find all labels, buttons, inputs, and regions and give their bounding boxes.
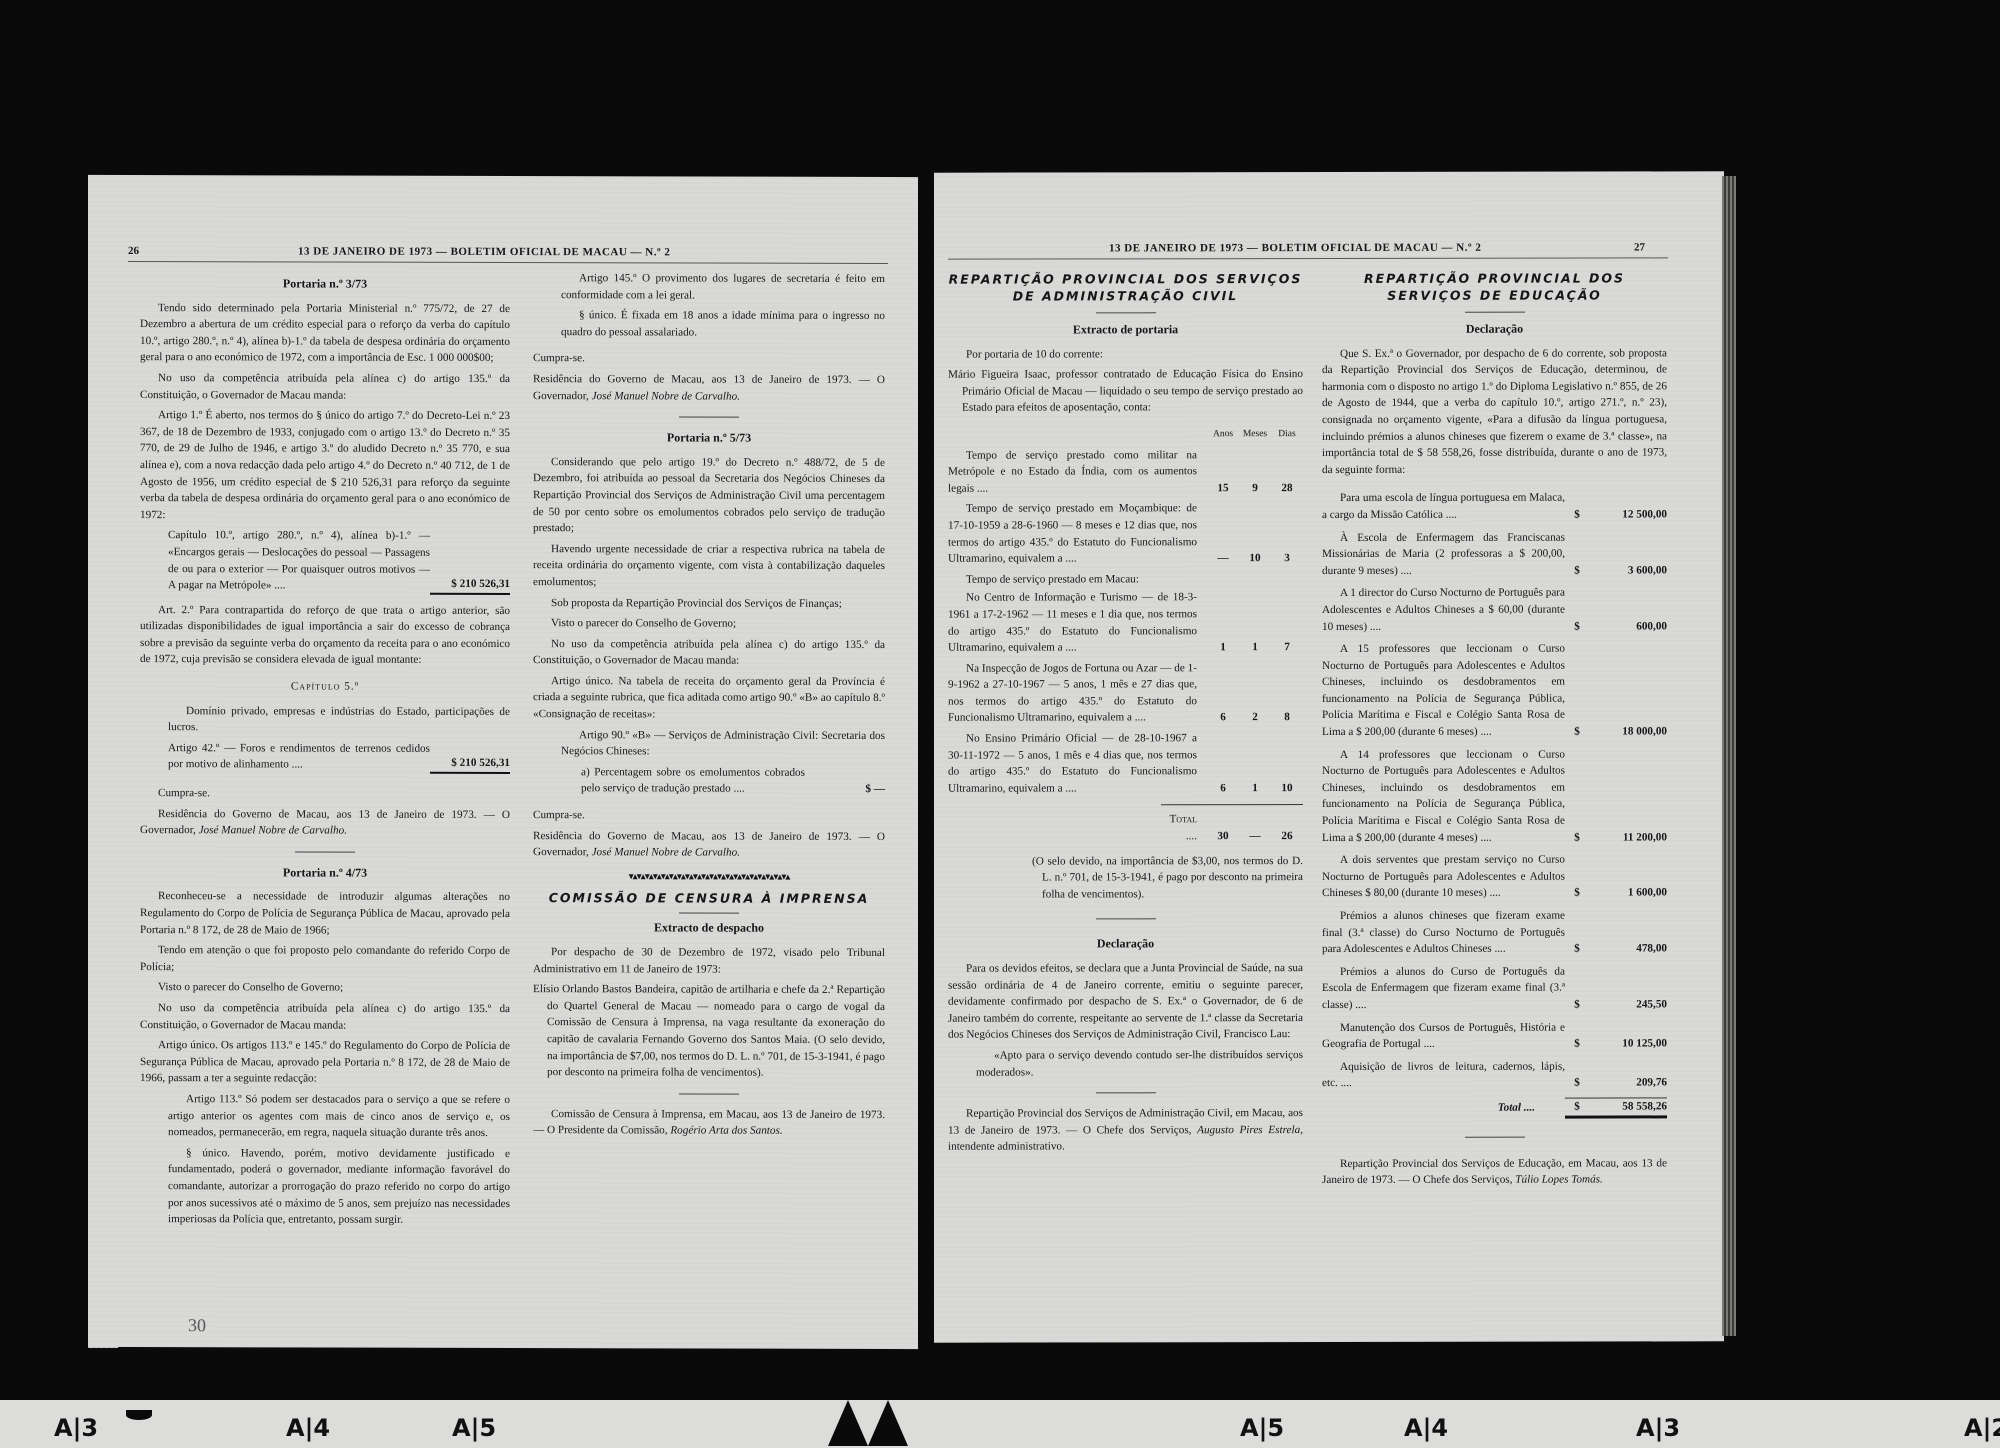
paragraph: Considerando que pelo artigo 19.º do Dec…: [533, 454, 885, 538]
frame-marker: A|3: [1636, 1414, 1680, 1442]
frame-marker: A|2: [1964, 1414, 2000, 1442]
paragraph: Artigo único. Os artigos 113.º e 145.º d…: [140, 1037, 510, 1088]
frame-marker: A|5: [452, 1414, 496, 1442]
residencia-line: Residência do Governo de Macau, aos 13 d…: [140, 806, 510, 840]
frame-marker: A|4: [286, 1414, 330, 1442]
signature: José Manuel Nobre de Carvalho.: [592, 846, 740, 858]
paragraph: Tendo em atenção o que foi proposto pelo…: [140, 942, 510, 976]
portaria-4-title: Portaria n.º 4/73: [140, 864, 510, 882]
allocation-row: Para uma escola de língua portuguesa em …: [1322, 490, 1667, 524]
declaration-title: Declaração: [1322, 320, 1667, 337]
section-divider: [1096, 919, 1156, 920]
film-registration-triangle: [868, 1400, 908, 1446]
service-total-row: Total .... 30 — 26: [1161, 804, 1303, 844]
cumpra-se: Cumpra-se.: [140, 785, 510, 803]
section-divider: [679, 1093, 739, 1094]
left-column-2: Artigo 145.º O provimento dos lugares de…: [533, 270, 885, 1144]
paragraph: No uso da competência atribuída pela alí…: [140, 370, 510, 404]
quoted-article: Artigo 90.º «B» — Serviços de Administra…: [561, 727, 885, 761]
department-heading: Repartição Provincial dos Serviços de Ad…: [948, 270, 1303, 305]
service-row: Na Inspecção de Jogos de Fortuna ou Azar…: [948, 660, 1303, 727]
portaria-5-title: Portaria n.º 5/73: [533, 429, 885, 447]
paragraph: Sob proposta da Repartição Provincial do…: [533, 595, 885, 613]
page-number: 27: [1634, 241, 1645, 253]
budget-line: a) Percentagem sobre os emolumentos cobr…: [581, 764, 885, 798]
budget-line-amount: $ —: [805, 781, 885, 798]
section-divider: [679, 417, 739, 418]
budget-line-text: Capítulo 10.º, artigo 280.º, n.º 4), alí…: [168, 527, 430, 594]
page-number: 26: [128, 245, 139, 257]
paragraph: No uso da competência atribuída pela alí…: [140, 1000, 510, 1034]
service-table-header: Anos Meses Dias: [948, 426, 1303, 443]
paragraph: Art. 2.º Para contrapartida do reforço d…: [140, 602, 510, 669]
section-divider: [1465, 312, 1525, 313]
portaria-3-title: Portaria n.º 3/73: [140, 275, 510, 293]
chapter-description: Domínio privado, empresas e indústrias d…: [168, 703, 510, 737]
budget-line-text: a) Percentagem sobre os emolumentos cobr…: [581, 764, 805, 798]
paragraph: Mário Figueira Isaac, professor contrata…: [948, 366, 1303, 416]
service-row: No Ensino Primário Oficial — de 28-10-19…: [948, 730, 1303, 797]
quoted-article: Artigo 145.º O provimento dos lugares de…: [561, 270, 885, 304]
book-gutter: [918, 176, 934, 1346]
declaration-title: Declaração: [948, 935, 1303, 952]
allocation-total: Total .... $ 58 558,26: [1322, 1097, 1667, 1118]
allocation-row: À Escola de Enfermagem das Franciscanas …: [1322, 529, 1667, 579]
pencil-margin-note: 30: [188, 1315, 206, 1336]
total-amount: 58 558,26: [1589, 1098, 1667, 1115]
signature: José Manuel Nobre de Carvalho.: [199, 824, 347, 836]
frame-marker: A|4: [1404, 1414, 1448, 1442]
paragraph: Tendo sido determinado pela Portaria Min…: [140, 300, 510, 367]
left-column-1: Portaria n.º 3/73 Tendo sido determinado…: [140, 269, 510, 1233]
department-heading: Comissão de Censura à Imprensa: [533, 889, 885, 907]
extract-title: Extracto de portaria: [948, 321, 1303, 338]
paragraph: Havendo urgente necessidade de criar a r…: [533, 541, 885, 592]
section-divider: [679, 913, 739, 914]
quoted-article: § único. Havendo, porém, motivo devidame…: [168, 1145, 510, 1229]
ornamental-divider: ▾▴▾▴▾▴▾▴▾▴▾▴▾▴▾▴▾▴▾▴▾▴▾▴▾▴▾▴▾▴▾▴▾▴▾▴▾▴▾▴: [533, 869, 885, 887]
service-row: Tempo de serviço prestado em Macau:: [948, 571, 1303, 588]
quoted-article: Artigo 113.º Só podem ser destacados par…: [168, 1091, 510, 1142]
running-head: 13 DE JANEIRO DE 1973 — BOLETIM OFICIAL …: [1109, 242, 1481, 255]
service-row: No Centro de Informação e Turismo — de 1…: [948, 589, 1303, 656]
paragraph: Reconheceu-se a necessidade de introduzi…: [140, 888, 510, 939]
allocation-row: A 1 director do Curso Nocturno de Portug…: [1322, 585, 1667, 635]
frame-marker: A|3: [54, 1414, 98, 1442]
section-divider: [1096, 312, 1156, 313]
signature: Rogério Arta dos Santos.: [670, 1125, 782, 1137]
budget-line-amount: $ 210 526,31: [430, 755, 510, 774]
allocation-row: A 14 professores que leccionam o Curso N…: [1322, 746, 1667, 846]
header-rule: [128, 261, 888, 264]
section-divider: [1465, 1136, 1525, 1137]
frame-marker: A|5: [1240, 1414, 1284, 1442]
allocation-row: Aquisição de livros de leitura, cadernos…: [1322, 1058, 1667, 1092]
closing-line: Repartição Provincial dos Serviços de Ed…: [1322, 1155, 1667, 1189]
service-row: Tempo de serviço prestado como militar n…: [948, 447, 1303, 497]
budget-line-text: Artigo 42.º — Foros e rendimentos de ter…: [168, 740, 430, 774]
quoted-article: § único. É fixada em 18 anos a idade mín…: [561, 307, 885, 341]
allocation-row: Prémios a alunos chineses que fizeram ex…: [1322, 907, 1667, 957]
page-stack-edge-right: [1722, 176, 1736, 1336]
budget-line-amount: $ 210 526,31: [430, 576, 510, 595]
allocation-row: A dois serventes que prestam serviço no …: [1322, 852, 1667, 902]
service-row: Tempo de serviço prestado em Moçambique:…: [948, 500, 1303, 567]
running-head: 13 DE JANEIRO DE 1973 — BOLETIM OFICIAL …: [298, 245, 670, 258]
right-column-2: Repartição Provincial dos Serviços de Ed…: [1322, 265, 1667, 1192]
film-blot: [126, 1410, 152, 1420]
film-registration-triangle: [828, 1400, 868, 1446]
paragraph: Artigo único. Na tabela de receita do or…: [533, 673, 885, 724]
cumpra-se: Cumpra-se.: [533, 807, 885, 825]
residencia-line: Residência do Governo de Macau, aos 13 d…: [533, 371, 885, 405]
budget-line: Capítulo 10.º, artigo 280.º, n.º 4), alí…: [168, 527, 510, 594]
column-header: Anos: [1207, 426, 1239, 443]
paragraph: Por despacho de 30 de Dezembro de 1972, …: [533, 944, 885, 978]
paragraph: Artigo 1.º É aberto, nos termos do § úni…: [140, 407, 510, 524]
quoted-opinion: «Apto para o serviço devendo contudo ser…: [976, 1047, 1303, 1081]
allocation-row: A 15 professores que leccionam o Curso N…: [1322, 641, 1667, 741]
total-label: Total ....: [1498, 1100, 1535, 1117]
paragraph: Visto o parecer do Conselho de Governo;: [140, 979, 510, 997]
paragraph: Para os devidos efeitos, se declara que …: [948, 960, 1303, 1044]
extract-title: Extracto de despacho: [533, 919, 885, 937]
microfilm-edge-strip: A|3 A|4 A|5 A|5 A|4 A|3 A|2: [0, 1400, 2000, 1448]
budget-line: Artigo 42.º — Foros e rendimentos de ter…: [168, 740, 510, 774]
department-heading: Repartição Provincial dos Serviços de Ed…: [1322, 269, 1667, 304]
paragraph: No uso da competência atribuída pela alí…: [533, 636, 885, 670]
signature: Augusto Pires Estrela,: [1197, 1124, 1303, 1136]
allocation-row: Manutenção dos Cursos de Português, Hist…: [1322, 1019, 1667, 1053]
right-page: 13 DE JANEIRO DE 1973 — BOLETIM OFICIAL …: [934, 171, 1724, 1342]
allocation-row: Prémios a alunos do Curso de Português d…: [1322, 963, 1667, 1013]
signature: José Manuel Nobre de Carvalho.: [592, 390, 740, 402]
paragraph: Por portaria de 10 do corrente:: [948, 346, 1303, 363]
section-divider: [1096, 1092, 1156, 1093]
column-header: Dias: [1271, 426, 1303, 443]
column-header: Meses: [1239, 426, 1271, 443]
chapter-heading: Capítulo 5.º: [140, 678, 510, 696]
paragraph: Visto o parecer do Conselho de Governo;: [533, 615, 885, 633]
header-rule: [948, 257, 1668, 259]
selo-note: (O selo devido, na importância de $3,00,…: [1028, 853, 1303, 903]
closing-line: Comissão de Censura à Imprensa, em Macau…: [533, 1106, 885, 1140]
paragraph: Que S. Ex.ª o Governador, por despacho d…: [1322, 345, 1667, 478]
cumpra-se: Cumpra-se.: [533, 350, 885, 368]
closing-line: Repartição Provincial dos Serviços de Ad…: [948, 1105, 1303, 1155]
paragraph: Elísio Orlando Bastos Bandeira, capitão …: [533, 981, 885, 1081]
left-page: 26 13 DE JANEIRO DE 1973 — BOLETIM OFICI…: [88, 175, 918, 1349]
signature: Túlio Lopes Tomás.: [1515, 1174, 1603, 1186]
residencia-line: Residência do Governo de Macau, aos 13 d…: [533, 828, 885, 862]
right-column-1: Repartição Provincial dos Serviços de Ad…: [948, 266, 1303, 1160]
section-divider: [295, 851, 355, 852]
